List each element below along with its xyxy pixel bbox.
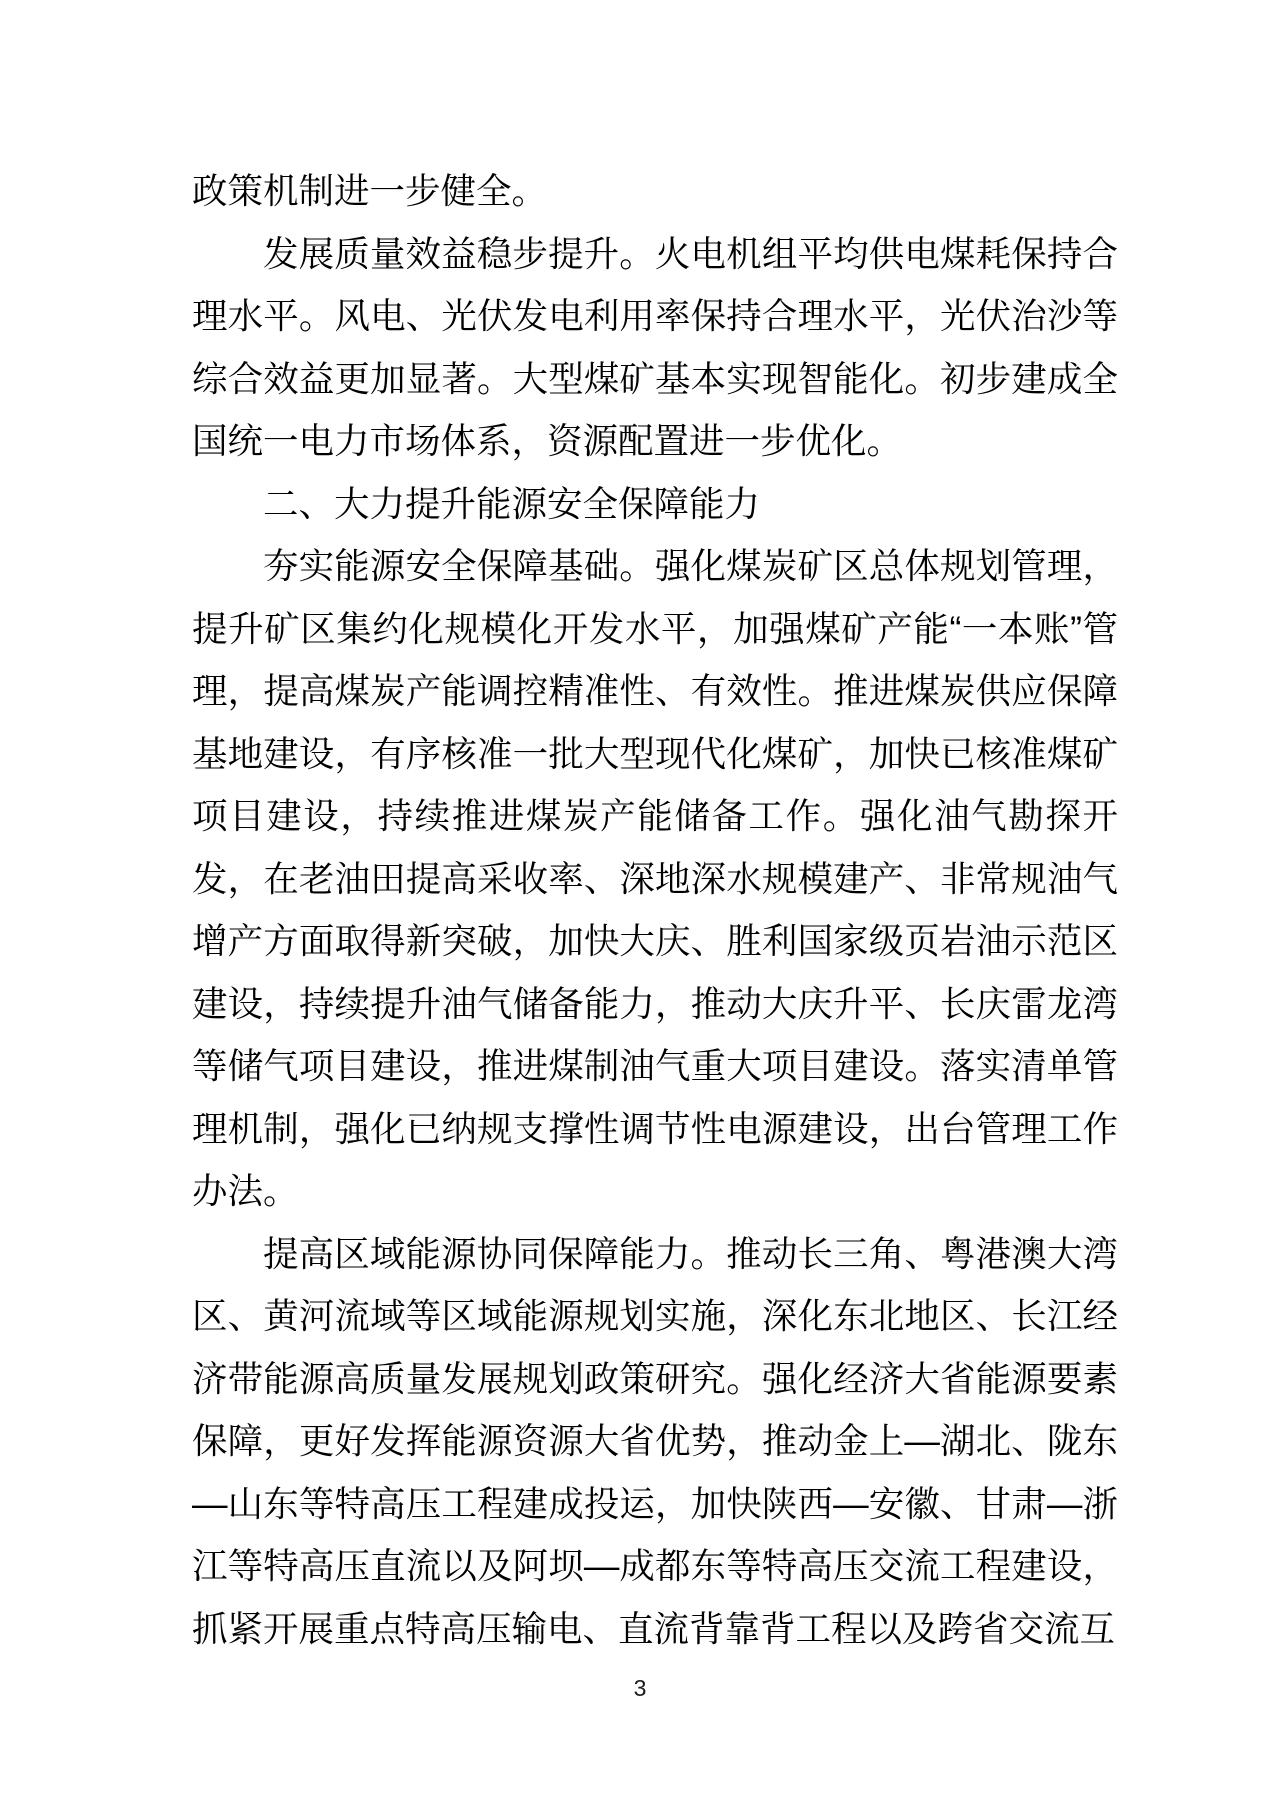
page-number: 3: [0, 1674, 1280, 1702]
paragraph: 夯实能源安全保障基础。强化煤炭矿区总体规划管理，提升矿区集约化规模化开发水平，加…: [192, 535, 1118, 1223]
paragraph: 发展质量效益稳步提升。火电机组平均供电煤耗保持合理水平。风电、光伏发电利用率保持…: [192, 223, 1118, 473]
document-page: 政策机制进一步健全。 发展质量效益稳步提升。火电机组平均供电煤耗保持合理水平。风…: [0, 0, 1280, 1810]
paragraph-continuation: 政策机制进一步健全。: [192, 160, 1118, 223]
document-body: 政策机制进一步健全。 发展质量效益稳步提升。火电机组平均供电煤耗保持合理水平。风…: [192, 160, 1118, 1660]
section-heading: 二、大力提升能源安全保障能力: [192, 473, 1118, 536]
paragraph: 提高区域能源协同保障能力。推动长三角、粤港澳大湾区、黄河流域等区域能源规划实施，…: [192, 1223, 1118, 1661]
